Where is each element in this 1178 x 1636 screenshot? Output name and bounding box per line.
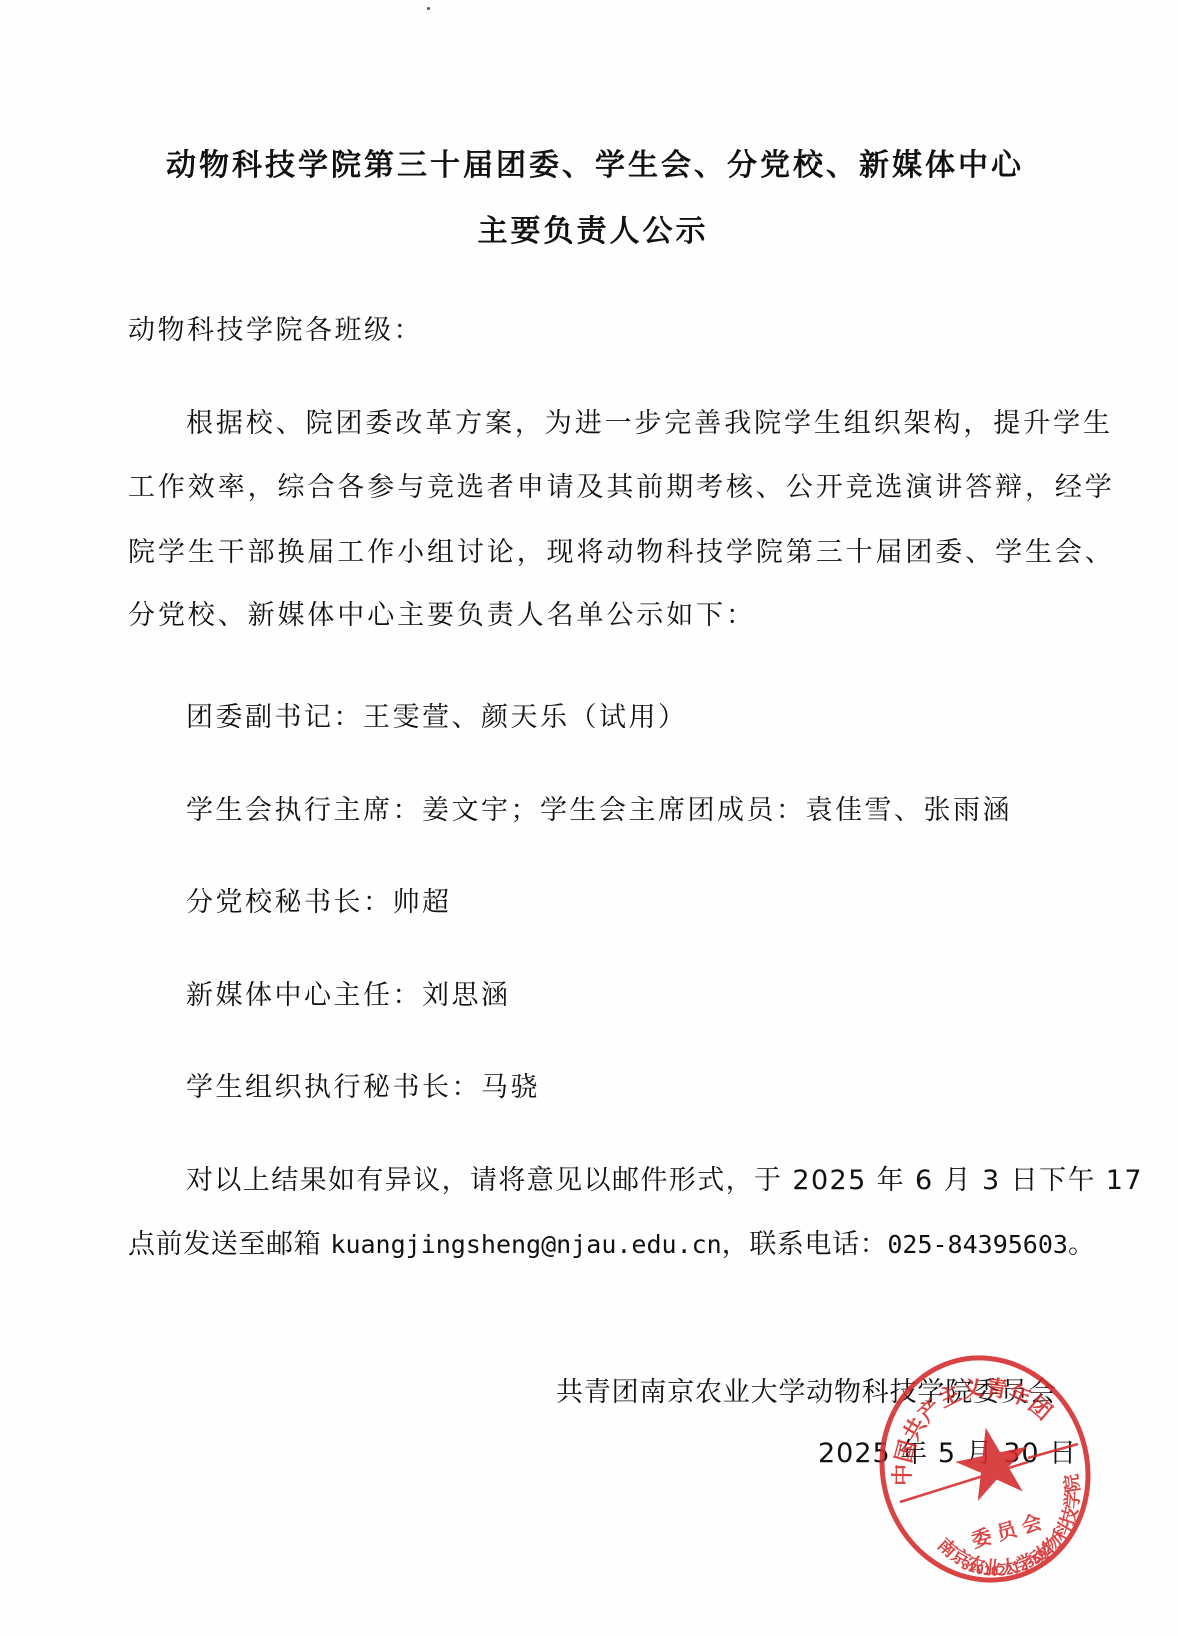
appointment-role: 分党校秘书长： [186,887,393,918]
contact-email: kuangjingsheng@njau.edu.cn [330,1230,721,1259]
document-page: 动物科技学院第三十届团委、学生会、分党校、新媒体中心 主要负责人公示 动物科技学… [0,0,1178,1636]
scan-speck [427,7,430,10]
appointment-names: 马骁 [481,1072,540,1103]
objection-note-line-2: 点前发送至邮箱 kuangjingsheng@njau.edu.cn，联系电话：… [128,1228,1096,1262]
appointment-names: 姜文宇；学生会主席团成员：袁佳雪、张雨涵 [422,795,1012,826]
appointment-role: 新媒体中心主任： [186,980,422,1011]
document-title-line-1: 动物科技学院第三十届团委、学生会、分党校、新媒体中心 [6,148,1178,184]
appointment-item: 新媒体中心主任：刘思涵 [186,979,511,1013]
svg-text:3201022123592: 3201022123592 [956,1536,1060,1586]
salutation: 动物科技学院各班级： [128,314,423,348]
paragraph-line: 根据校、院团委改革方案，为进一步完善我院学生组织架构，提升学生 [186,407,1113,441]
contact-phone: 025-84395603 [887,1230,1068,1259]
signature-date: 2025 年 5 月 30 日 [818,1437,1077,1471]
paragraph-line: 工作效率，综合各参与竞选者申请及其前期考核、公开竞选演讲答辩，经学 [128,471,1115,505]
appointment-names: 刘思涵 [422,980,511,1011]
objection-note-line-1: 对以上结果如有异议，请将意见以邮件形式，于 2025 年 6 月 3 日下午 1… [186,1164,1143,1198]
appointment-item: 学生会执行主席：姜文宇；学生会主席团成员：袁佳雪、张雨涵 [186,794,1012,828]
appointment-names: 帅超 [393,887,452,918]
appointment-role: 团委副书记： [186,702,363,733]
document-title-line-2: 主要负责人公示 [4,214,1178,250]
signature-organization: 共青团南京农业大学动物科技学院委员会 [556,1376,1056,1410]
objection-note-mid: ，联系电话： [722,1229,888,1260]
appointment-item: 团委副书记：王雯萱、颜天乐（试用） [186,701,688,735]
appointment-item: 分党校秘书长：帅超 [186,886,452,920]
svg-text:委员会: 委员会 [969,1508,1051,1553]
appointment-role: 学生组织执行秘书长： [186,1072,481,1103]
svg-text:南京农业大学动物科技学院: 南京农业大学动物科技学院 [923,1470,1092,1586]
appointment-role: 学生会执行主席： [186,795,422,826]
appointment-item: 学生组织执行秘书长：马骁 [186,1071,540,1105]
paragraph-line: 分党校、新媒体中心主要负责人名单公示如下： [128,599,756,633]
objection-note-suffix: 。 [1068,1229,1096,1260]
objection-note-prefix: 点前发送至邮箱 [128,1229,330,1260]
paragraph-line: 院学生干部换届工作小组讨论，现将动物科技学院第三十届团委、学生会、 [128,536,1115,570]
appointment-names: 王雯萱、颜天乐（试用） [363,702,688,733]
